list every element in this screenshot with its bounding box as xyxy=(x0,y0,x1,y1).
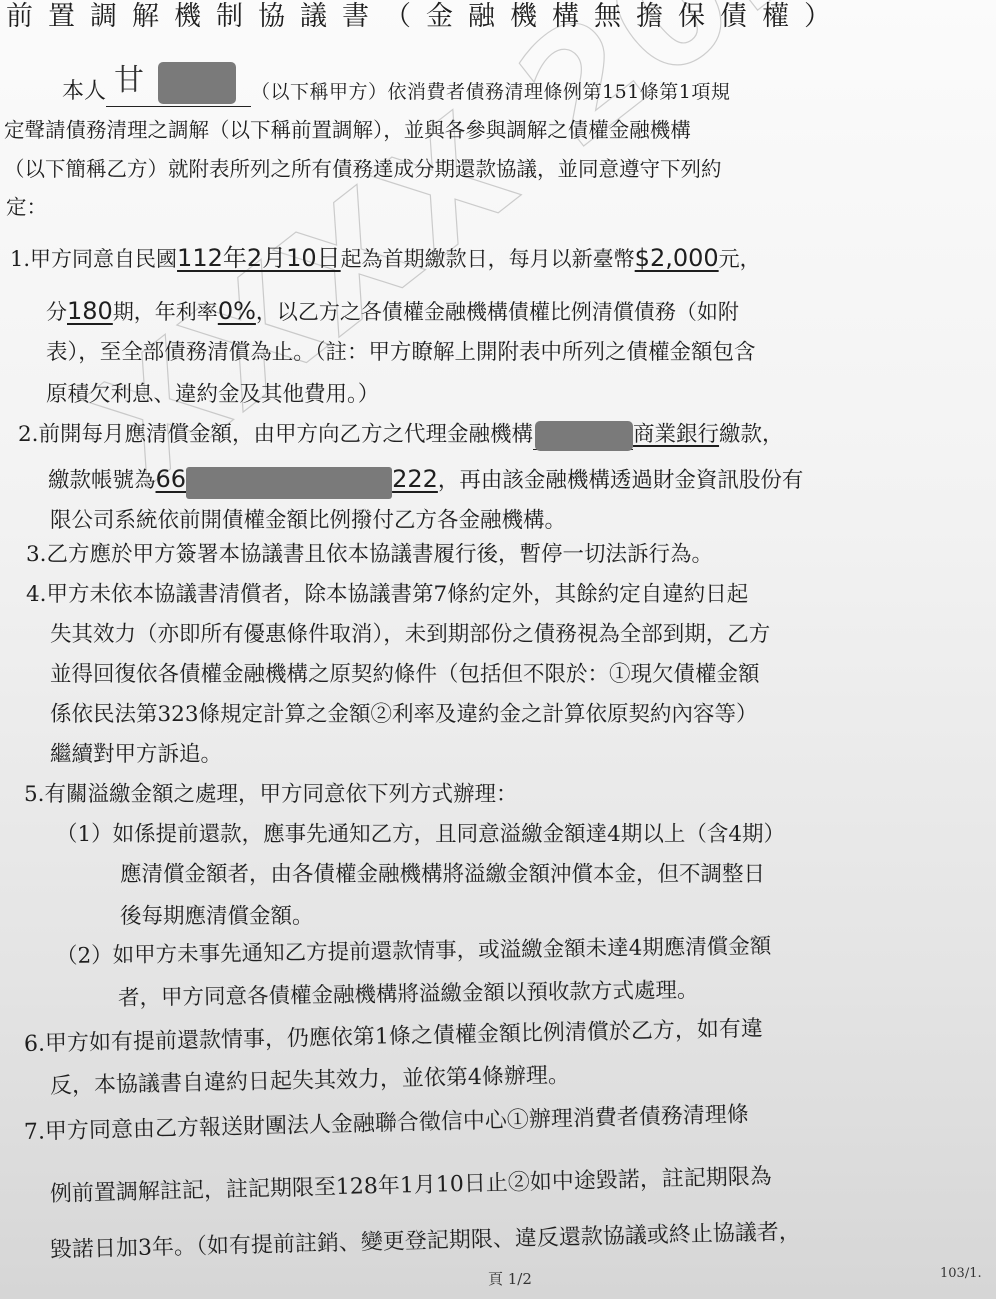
text: 1.甲方同意自民國 xyxy=(10,247,177,271)
text: ，以乙方之各債權金融機構債權比例清償債務（如附 xyxy=(256,300,739,324)
clause-7-line-3: 毀諾日加3年。（如有提前註銷、變更登記期限、違反還款協議或終止協議者， xyxy=(50,1218,802,1266)
account-number-redaction xyxy=(186,469,392,496)
clause-4-line-3: 並得回復依各債權金融機構之原契約條件（包括但不限於：①現欠債權金額 xyxy=(50,660,760,690)
redacted-bank-name xyxy=(535,421,633,451)
clause-4-line-5: 繼續對甲方訴追。 xyxy=(50,740,222,770)
clause-7-line-2: 例前置調解註記，註記期限至128年1月10日止②如中途毀諾，註記期限為 xyxy=(50,1162,773,1210)
clause-4-line-4: 係依民法第323條規定計算之金額②利率及違約金之計算依原契約內容等） xyxy=(50,700,758,730)
clause-3-line-1: 3.乙方應於甲方簽署本協議書且依本協議書履行後，暫停一切法訴行為。 xyxy=(26,540,713,570)
text: 繳款帳號為 xyxy=(48,468,156,493)
document-title: 前置調解機制協議書（金融機構無擔保債權） xyxy=(6,2,846,32)
clause-2-line-2: 繳款帳號為66222，再由該金融機構透過財金資訊股份有 xyxy=(48,464,803,496)
clause-4-line-1: 4.甲方未依本協議書清償者，除本協議書第7條約定外，其餘約定自違約日起 xyxy=(26,580,748,610)
clause-6-line-2: 反，本協議書自違約日起失其效力，並依第4條辦理。 xyxy=(50,1061,571,1102)
clause-4-line-2: 失其效力（亦即所有優惠條件取消），未到期部份之債務視為全部到期，乙方 xyxy=(50,620,770,650)
intro-line-4: 定： xyxy=(6,192,47,222)
account-number-suffix: 222 xyxy=(392,465,438,493)
clause-5-sub-1-line-3: 後每期應清償金額。 xyxy=(120,902,314,932)
form-code: 103/1. xyxy=(940,1266,982,1281)
text: 期，年利率 xyxy=(113,300,218,324)
clause-5-sub-1-line-2: 應清償金額者，由各債權金融機構將溢繳金額沖償本金，但不調整日 xyxy=(120,860,765,890)
clause-1-line-3: 表），至全部債務清償為止。（註：甲方瞭解上開附表中所列之債權金額包含 xyxy=(46,338,756,368)
clause-5-sub-1-line-1: （1）如係提前還款，應事先通知乙方，且同意溢繳金額達4期以上（含4期） xyxy=(56,820,785,850)
handwritten-name: 甘 xyxy=(114,66,144,96)
text: ，再由該金融機構透過財金資訊股份有 xyxy=(438,468,804,493)
text: 起為首期繳款日，每月以新臺幣 xyxy=(341,247,635,271)
intro-line-3: （以下簡稱乙方）就附表所列之所有債務達成分期還款協議，並同意遵守下列約 xyxy=(4,154,722,184)
interest-rate: 0% xyxy=(218,297,256,325)
intro-suffix: （以下稱甲方）依消費者債務清理條例第151條第1項規 xyxy=(251,81,730,103)
clause-5-sub-2-line-2: 者，甲方同意各債權金融機構將溢繳金額以預收款方式處理。 xyxy=(118,976,699,1014)
text: 繳款， xyxy=(719,422,784,447)
clause-5-line-1: 5.有關溢繳金額之處理，甲方同意依下列方式辦理： xyxy=(24,780,518,810)
text: 元， xyxy=(719,247,761,271)
bank-suffix: 商業銀行 xyxy=(633,422,719,447)
clause-7-line-1: 7.甲方同意由乙方報送財團法人金融聯合徵信中心①辦理消費者債務清理條 xyxy=(24,1100,750,1148)
monthly-amount: $2,000 xyxy=(635,244,719,272)
start-date: 112年2月10日 xyxy=(177,244,341,272)
intro-line-2: 定聲請債務清理之調解（以下稱前置調解），並與各參與調解之債權金融機構 xyxy=(4,115,691,145)
clause-2-line-1: 2.前開每月應清償金額，由甲方向乙方之代理金融機構商業銀行繳款， xyxy=(18,420,784,450)
clause-6-line-1: 6.甲方如有提前還款情事，仍應依第1條之債權金額比例清償於乙方，如有違 xyxy=(24,1015,763,1060)
clause-1-line-1: 1.甲方同意自民國112年2月10日起為首期繳款日，每月以新臺幣$2,000元， xyxy=(10,243,761,274)
clause-1-line-4: 原積欠利息、違約金及其他費用。） xyxy=(46,380,379,410)
bank-name-field xyxy=(533,423,633,450)
clause-2-line-3: 限公司系統依前開債權金額比例撥付乙方各金融機構。 xyxy=(50,506,566,536)
page-indicator: 頁 1/2 xyxy=(488,1268,532,1289)
installment-periods: 180 xyxy=(67,297,113,325)
name-field: 甘 xyxy=(106,72,251,107)
redacted-account-number xyxy=(186,467,392,499)
clause-5-sub-2-line-1: （2）如甲方未事先通知乙方提前還款情事，或溢繳金額未達4期應清償金額 xyxy=(56,932,772,972)
clause-1-line-2: 分180期，年利率0%，以乙方之各債權金融機構債權比例清償債務（如附 xyxy=(46,296,739,327)
account-number-prefix: 66 xyxy=(156,465,187,493)
text: 2.前開每月應清償金額，由甲方向乙方之代理金融機構 xyxy=(18,422,533,447)
redacted-name xyxy=(158,62,236,104)
intro-line-1: 本人甘（以下稱甲方）依消費者債務清理條例第151條第1項規 xyxy=(62,72,730,107)
scanned-document-page: XXXX 2023 0159 前置調解機制協議書（金融機構無擔保債權） 本人甘（… xyxy=(0,0,996,1299)
text: 分 xyxy=(46,300,67,324)
intro-prefix: 本人 xyxy=(62,79,106,104)
